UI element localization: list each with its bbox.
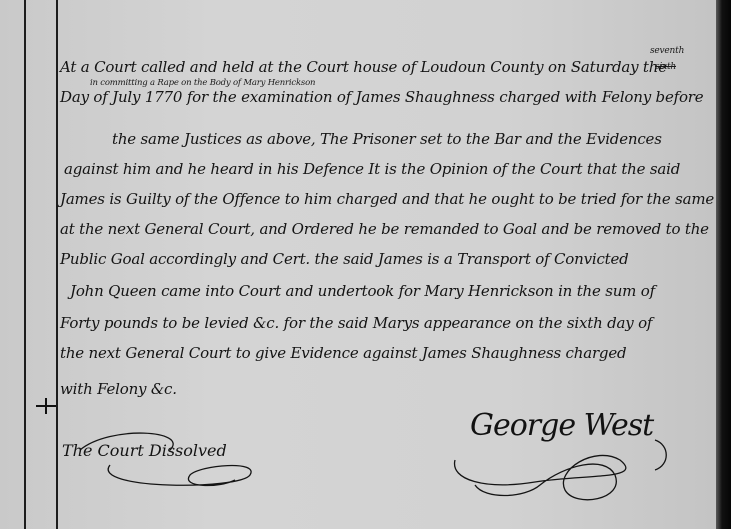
text-line-10: the next General Court to give Evidence …	[60, 344, 626, 362]
manuscript-page: seventh sixth At a Court called and held…	[0, 0, 716, 529]
superscript-correction: seventh	[650, 46, 684, 56]
text-line-6: at the next General Court, and Ordered h…	[60, 220, 709, 238]
text-line-1: At a Court called and held at the Court …	[60, 58, 667, 76]
signature-flourish-icon	[445, 430, 675, 510]
text-line-5: James is Guilty of the Offence to him ch…	[60, 190, 714, 208]
text-line-8: John Queen came into Court and undertook…	[70, 282, 655, 300]
text-line-4: against him and he heard in his Defence …	[64, 160, 680, 178]
text-line-2: Day of July 1770 for the examination of …	[60, 88, 703, 106]
outer-margin-line	[24, 0, 26, 529]
scan-edge-shadow	[716, 0, 731, 529]
closing-flourish-icon	[70, 420, 260, 490]
text-line-3: the same Justices as above, The Prisoner…	[112, 130, 662, 148]
inner-margin-line	[56, 0, 58, 529]
interlinear-insertion: in committing a Rape on the Body of Mary…	[90, 78, 315, 88]
text-line-9: Forty pounds to be levied &c. for the sa…	[60, 314, 652, 332]
text-line-7: Public Goal accordingly and Cert. the sa…	[60, 250, 629, 268]
margin-cross-mark-icon	[36, 398, 56, 414]
text-line-11: with Felony &c.	[60, 380, 177, 398]
